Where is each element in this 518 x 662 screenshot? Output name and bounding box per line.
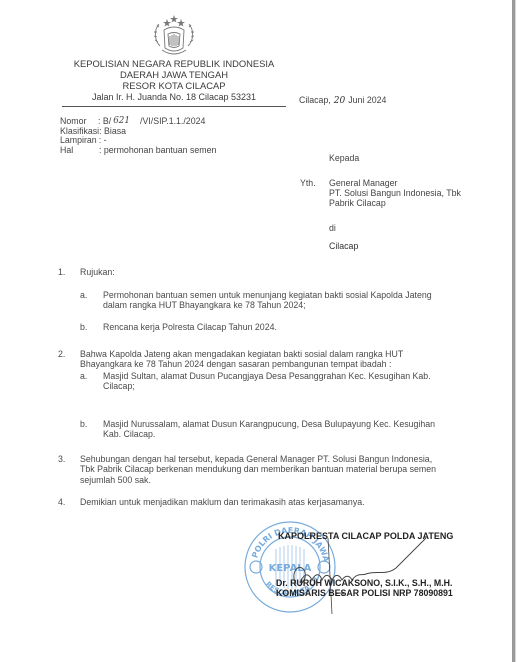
item-number: 3. (58, 454, 65, 464)
subitem-letter: a. (80, 290, 87, 300)
letter-metadata: Nomor : B/ 621 /VI/SIP.1.1./2024 Klasifi… (60, 117, 216, 155)
police-crest-icon (146, 12, 202, 62)
letterhead: KEPOLISIAN NEGARA REPUBLIK INDONESIA DAE… (58, 58, 290, 103)
letterhead-unit: RESOR KOTA CILACAP (58, 80, 290, 91)
addressee-lines: General Manager PT. Solusi Bangun Indone… (329, 178, 461, 208)
item-text-line: Bahwa Kapolda Jateng akan mengadakan keg… (80, 349, 403, 359)
handwritten-signature (276, 524, 446, 619)
item-text-line: Demikian untuk menjadikan maklum dan ter… (80, 497, 365, 507)
subitem-letter: b. (80, 322, 87, 332)
addressee-line: PT. Solusi Bangun Indonesia, Tbk (329, 188, 461, 198)
signatory-rank: KOMISARIS BESAR POLISI NRP 78090891 (276, 588, 453, 598)
letterhead-divider (62, 106, 286, 107)
addressee-di: di (329, 223, 336, 233)
date-month-year: Juni 2024 (348, 95, 386, 105)
letterhead-address: Jalan Ir. H. Juanda No. 18 Cilacap 53231 (58, 92, 290, 103)
subitem-letter: b. (80, 419, 87, 429)
item-text-line: Tbk Pabrik Cilacap berkenan mendukung da… (80, 464, 436, 474)
addressee-city: Cilacap (329, 241, 358, 251)
subitem-text-line: Permohonan bantuan semen untuk menunjang… (103, 290, 432, 300)
subitem-text-line: Cilacap; (103, 381, 135, 391)
item-text-line: sejumlah 500 sak. (80, 475, 151, 485)
signatory-name: Dr. RURUH WICAKSONO, S.I.K., S.H., M.H. (276, 578, 452, 588)
subitem-text-line: Kab. Cilacap. (103, 429, 155, 439)
addressee-line: Pabrik Cilacap (329, 198, 461, 208)
item-text-line: Rujukan: (80, 267, 115, 277)
meta-hal-value: : permohonan bantuan semen (99, 146, 216, 156)
item-text-line: Sehubungan dengan hal tersebut, kepada G… (80, 454, 432, 464)
letter-date: Cilacap,20Juni 2024 (299, 95, 386, 106)
item-number: 4. (58, 497, 65, 507)
item-text-line: Bhayangkara ke 78 Tahun 2024 dengan sasa… (80, 359, 391, 369)
signature-block: POLRI DAERAH JAWA TENGAH KEPALA RESOR KO… (236, 514, 516, 632)
meta-nomor-suffix: /VI/SIP.1.1./2024 (140, 117, 205, 127)
addressee-line: General Manager (329, 178, 461, 188)
date-day-handwritten: 20 (334, 96, 345, 106)
item-number: 2. (58, 349, 65, 359)
date-place: Cilacap, (299, 95, 331, 105)
meta-hal: Hal : permohonan bantuan semen (60, 146, 216, 156)
letterhead-institution: KEPOLISIAN NEGARA REPUBLIK INDONESIA (58, 58, 290, 69)
subitem-text-line: Masjid Sultan, alamat Dusun Pucangjaya D… (103, 371, 431, 381)
meta-hal-label: Hal (60, 146, 99, 156)
subitem-text-line: Rencana kerja Polresta Cilacap Tahun 202… (103, 322, 277, 332)
subitem-text-line: dalam rangka HUT Bhayangkara ke 78 Tahun… (103, 300, 306, 310)
subitem-letter: a. (80, 371, 87, 381)
letterhead-region: DAERAH JAWA TENGAH (58, 69, 290, 80)
subitem-text-line: Masjid Nurussalam, alamat Dusun Karangpu… (103, 419, 435, 429)
letter-page: KEPOLISIAN NEGARA REPUBLIK INDONESIA DAE… (0, 0, 518, 662)
addressee-kepada: Kepada (329, 153, 359, 163)
item-number: 1. (58, 267, 65, 277)
addressee-yth: Yth. (300, 178, 316, 188)
